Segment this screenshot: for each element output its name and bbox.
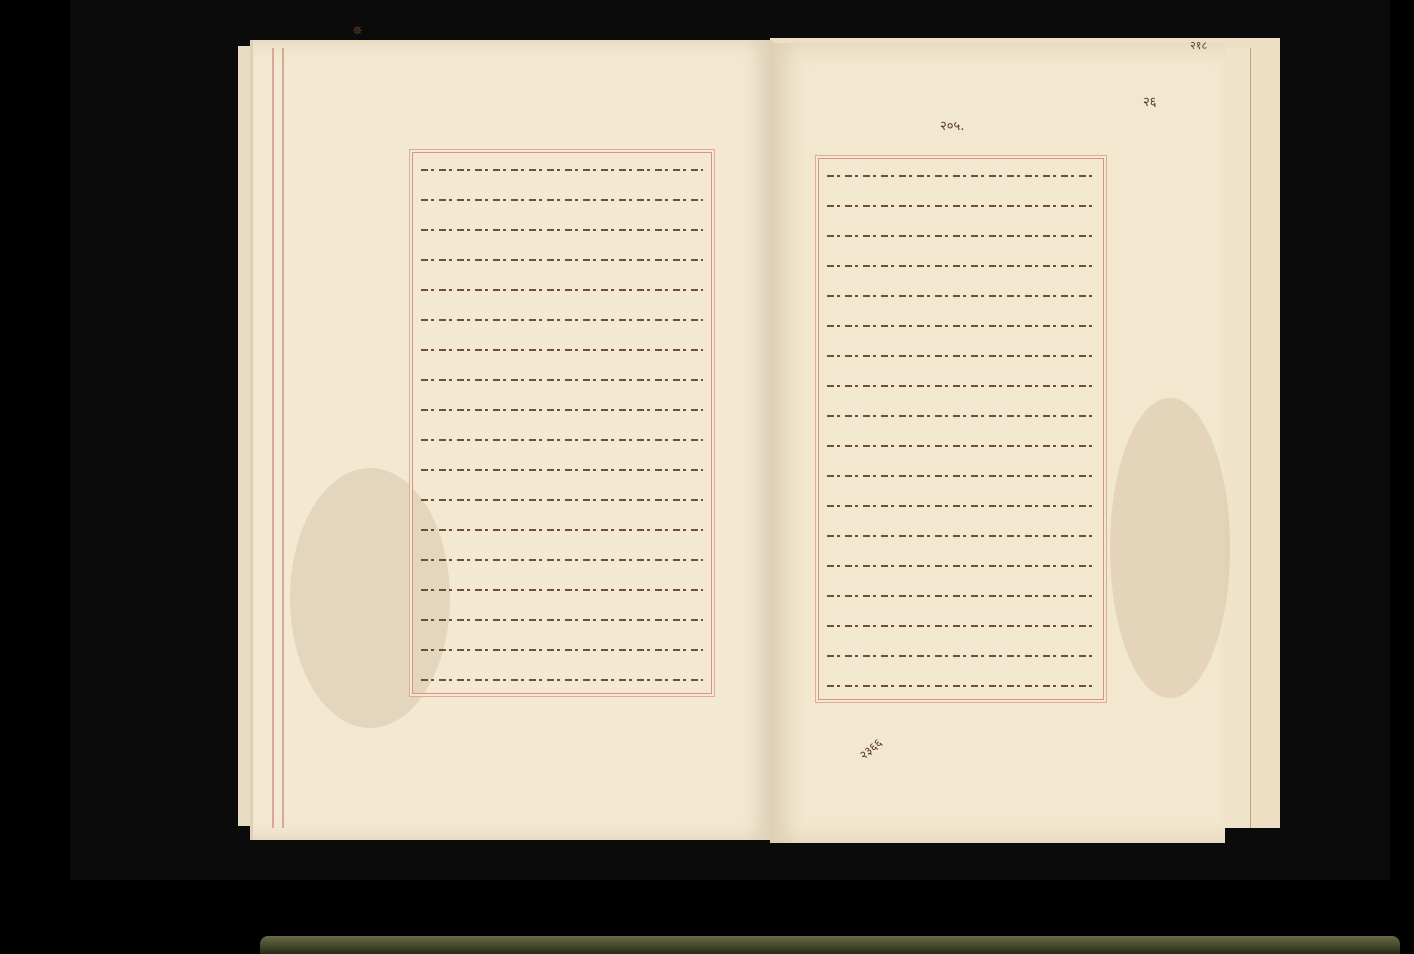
left-top-mark: ✵ <box>352 24 363 39</box>
text-line <box>421 547 703 569</box>
text-line <box>421 277 703 299</box>
left-page-rule-border <box>272 48 284 828</box>
text-line <box>827 613 1095 635</box>
text-line <box>827 223 1095 245</box>
text-line <box>421 397 703 419</box>
text-line <box>421 487 703 509</box>
text-line <box>827 643 1095 665</box>
text-line <box>421 427 703 449</box>
text-line <box>827 403 1095 425</box>
text-line <box>421 457 703 479</box>
text-line <box>827 283 1095 305</box>
text-line <box>421 247 703 269</box>
open-manuscript <box>230 18 1290 848</box>
text-line <box>421 607 703 629</box>
text-line <box>827 553 1095 575</box>
text-line <box>827 163 1095 185</box>
text-line <box>421 667 703 689</box>
paper-stain <box>1110 398 1230 698</box>
text-line <box>827 673 1095 695</box>
text-line <box>827 343 1095 365</box>
film-edge-strip <box>260 936 1400 954</box>
text-line <box>827 523 1095 545</box>
text-line <box>421 187 703 209</box>
top-corner-number: २१८ <box>1190 38 1207 53</box>
text-line <box>827 313 1095 335</box>
corner-annotation: २६ <box>1143 92 1157 110</box>
text-line <box>827 463 1095 485</box>
text-line <box>827 433 1095 455</box>
left-text-block <box>412 152 712 694</box>
text-line <box>421 517 703 539</box>
text-line <box>421 637 703 659</box>
text-line <box>421 337 703 359</box>
text-line <box>827 253 1095 275</box>
text-line <box>827 373 1095 395</box>
text-line <box>421 367 703 389</box>
text-line <box>827 583 1095 605</box>
right-text-block <box>818 158 1104 700</box>
text-line <box>421 157 703 179</box>
text-line <box>421 307 703 329</box>
text-line <box>827 193 1095 215</box>
text-line <box>827 493 1095 515</box>
folio-number: २०५. <box>940 116 964 134</box>
text-line <box>421 217 703 239</box>
text-line <box>421 577 703 599</box>
